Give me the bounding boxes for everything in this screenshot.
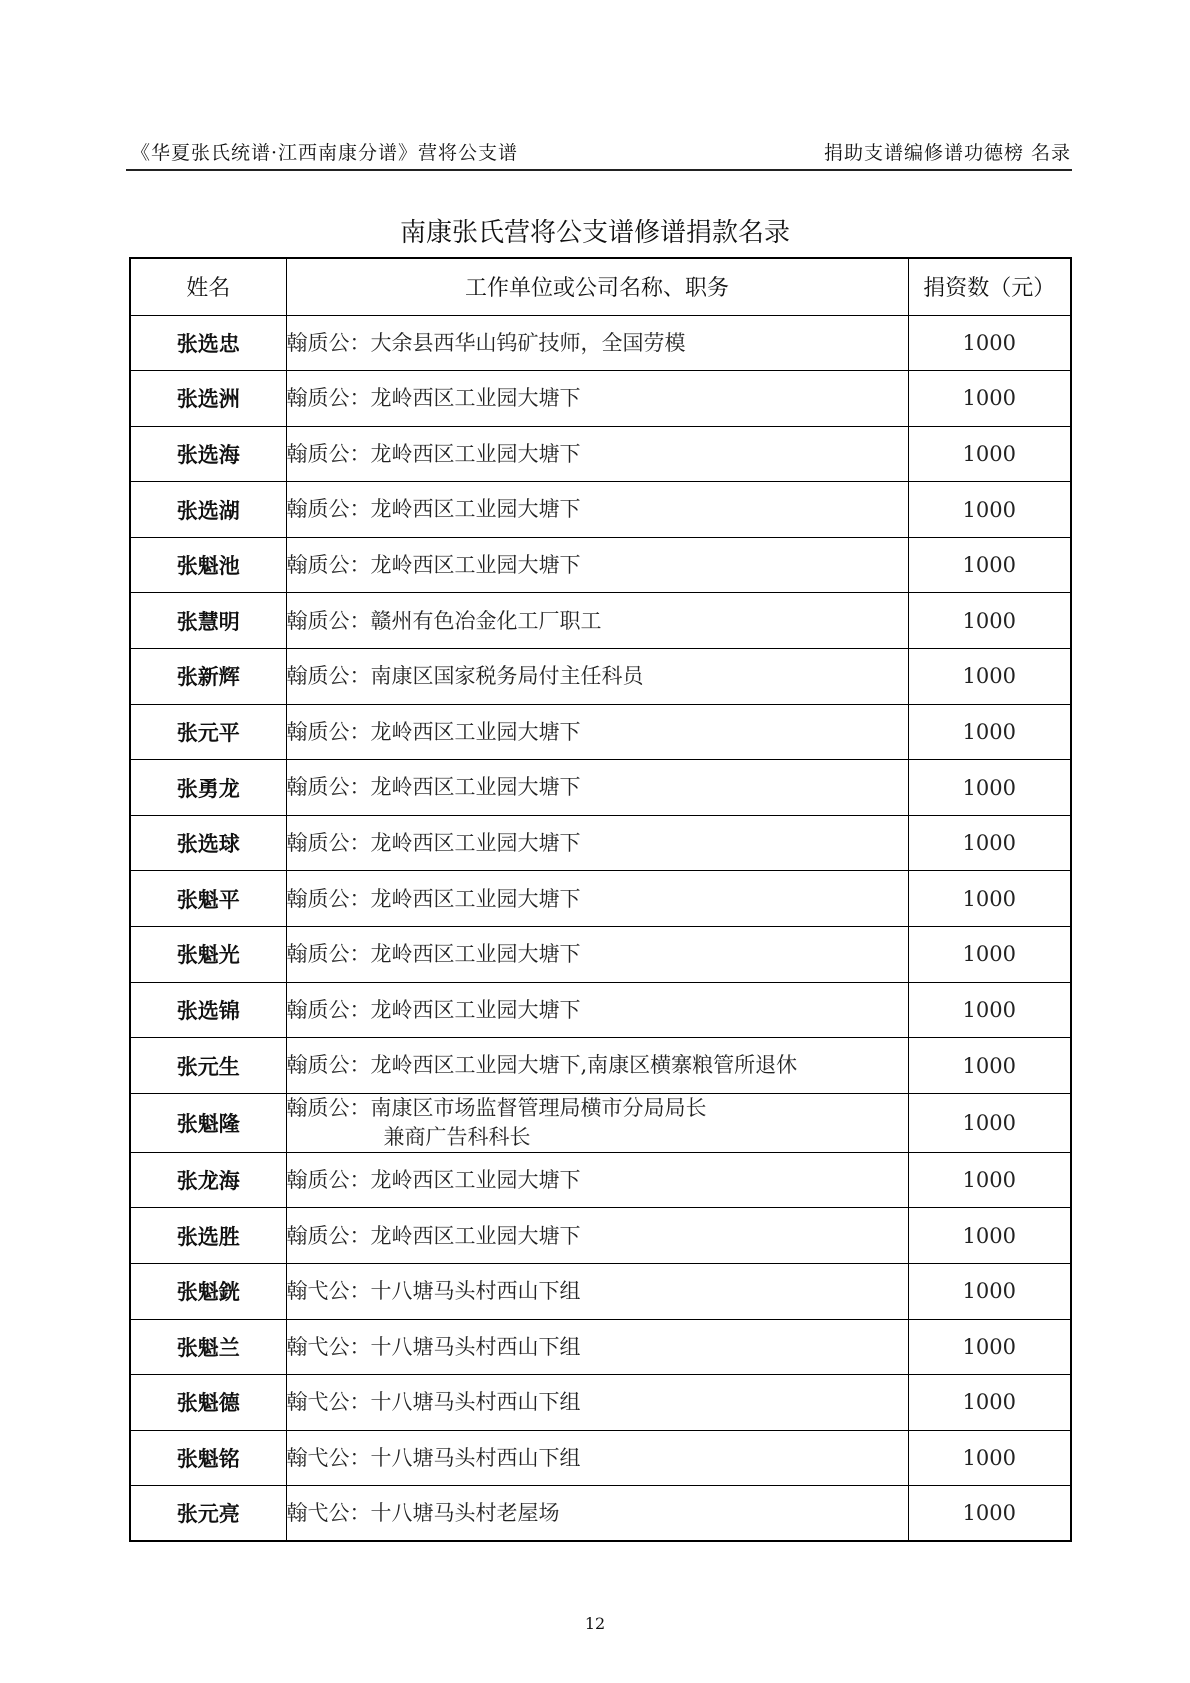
donor-name: 张元生 (130, 1038, 286, 1094)
donor-unit-line: 翰质公：龙岭西区工业园大塘下 (287, 720, 581, 744)
donor-unit-line: 翰质公：大余县西华山钨矿技师，全国劳模 (287, 331, 686, 355)
donor-unit-line: 翰弋公：十八塘马头村西山下组 (287, 1335, 581, 1359)
donor-name: 张魁池 (130, 537, 286, 593)
donation-amount: 1000 (908, 1430, 1071, 1486)
donor-unit-line: 翰弋公：十八塘马头村西山下组 (287, 1279, 581, 1303)
donor-unit-line: 翰质公：龙岭西区工业园大塘下 (287, 1168, 581, 1192)
table-row: 张魁光翰质公：龙岭西区工业园大塘下1000 (130, 927, 1071, 983)
donor-name: 张魁德 (130, 1375, 286, 1431)
donor-unit: 翰弋公：十八塘马头村西山下组 (286, 1375, 908, 1431)
column-header-unit: 工作单位或公司名称、职务 (286, 258, 908, 315)
donation-amount: 1000 (908, 1319, 1071, 1375)
document-title: 南康张氏营将公支谱修谱捐款名录 (0, 212, 1190, 249)
donor-name: 张魁銧 (130, 1264, 286, 1320)
table-row: 张慧明翰质公：赣州有色冶金化工厂职工1000 (130, 593, 1071, 649)
donor-unit-line: 翰质公：龙岭西区工业园大塘下 (287, 1224, 581, 1248)
donor-unit: 翰质公：龙岭西区工业园大塘下 (286, 1208, 908, 1264)
donor-unit-line: 翰弋公：十八塘马头村西山下组 (287, 1390, 581, 1414)
running-header-left: 《华夏张氏统谱·江西南康分谱》营将公支谱 (131, 138, 518, 165)
donor-unit: 翰质公：南康区国家税务局付主任科员 (286, 649, 908, 705)
donor-name: 张魁隆 (130, 1093, 286, 1152)
donation-amount: 1000 (908, 1375, 1071, 1431)
donor-name: 张魁铭 (130, 1430, 286, 1486)
table-row: 张魁兰翰弋公：十八塘马头村西山下组1000 (130, 1319, 1071, 1375)
donor-unit-line: 翰质公：南康区市场监督管理局横市分局局长 (287, 1096, 707, 1120)
donor-unit-line: 翰质公：龙岭西区工业园大塘下 (287, 998, 581, 1022)
table-row: 张魁銧翰弋公：十八塘马头村西山下组1000 (130, 1264, 1071, 1320)
donor-name: 张选胜 (130, 1208, 286, 1264)
table-row: 张元生翰质公：龙岭西区工业园大塘下,南康区横寨粮管所退休1000 (130, 1038, 1071, 1094)
page-number: 12 (0, 1614, 1190, 1633)
donation-amount: 1000 (908, 593, 1071, 649)
donor-name: 张元亮 (130, 1486, 286, 1542)
donation-amount: 1000 (908, 1264, 1071, 1320)
donor-name: 张魁兰 (130, 1319, 286, 1375)
donation-amount: 1000 (908, 927, 1071, 983)
column-header-name: 姓名 (130, 258, 286, 315)
table-row: 张龙海翰质公：龙岭西区工业园大塘下1000 (130, 1152, 1071, 1208)
donor-unit-line: 翰质公：龙岭西区工业园大塘下 (287, 887, 581, 911)
donor-unit-line: 翰质公：龙岭西区工业园大塘下 (287, 553, 581, 577)
donation-amount: 1000 (908, 704, 1071, 760)
donor-unit: 翰质公：龙岭西区工业园大塘下 (286, 982, 908, 1038)
donor-name: 张魁光 (130, 927, 286, 983)
donor-name: 张龙海 (130, 1152, 286, 1208)
donor-unit: 翰质公：龙岭西区工业园大塘下 (286, 871, 908, 927)
donor-unit: 翰弋公：十八塘马头村西山下组 (286, 1264, 908, 1320)
donor-unit: 翰质公：赣州有色冶金化工厂职工 (286, 593, 908, 649)
donor-unit: 翰质公：龙岭西区工业园大塘下 (286, 537, 908, 593)
table-row: 张魁池翰质公：龙岭西区工业园大塘下1000 (130, 537, 1071, 593)
donor-unit-line: 翰质公：龙岭西区工业园大塘下 (287, 497, 581, 521)
donor-unit-line: 翰质公：龙岭西区工业园大塘下 (287, 386, 581, 410)
table-row: 张魁隆翰质公：南康区市场监督管理局横市分局局长兼商广告科科长1000 (130, 1093, 1071, 1152)
donor-unit: 翰质公：龙岭西区工业园大塘下 (286, 704, 908, 760)
donor-unit-line: 翰质公：南康区国家税务局付主任科员 (287, 664, 644, 688)
donation-amount: 1000 (908, 482, 1071, 538)
table-row: 张新辉翰质公：南康区国家税务局付主任科员1000 (130, 649, 1071, 705)
table-row: 张元亮翰弋公：十八塘马头村老屋场1000 (130, 1486, 1071, 1542)
donation-amount: 1000 (908, 426, 1071, 482)
header-divider (126, 169, 1072, 171)
table-row: 张选洲翰质公：龙岭西区工业园大塘下1000 (130, 371, 1071, 427)
donor-name: 张选湖 (130, 482, 286, 538)
donor-unit: 翰质公：龙岭西区工业园大塘下 (286, 760, 908, 816)
donor-unit-line: 翰弋公：十八塘马头村西山下组 (287, 1446, 581, 1470)
donor-unit-line: 翰质公：龙岭西区工业园大塘下 (287, 831, 581, 855)
donor-name: 张选球 (130, 815, 286, 871)
donation-amount: 1000 (908, 1486, 1071, 1542)
donor-name: 张元平 (130, 704, 286, 760)
table-header-row: 姓名 工作单位或公司名称、职务 捐资数（元） (130, 258, 1071, 315)
table-row: 张元平翰质公：龙岭西区工业园大塘下1000 (130, 704, 1071, 760)
table-row: 张选海翰质公：龙岭西区工业园大塘下1000 (130, 426, 1071, 482)
donation-amount: 1000 (908, 649, 1071, 705)
donor-unit: 翰质公：龙岭西区工业园大塘下 (286, 927, 908, 983)
donor-unit: 翰质公：龙岭西区工业园大塘下 (286, 482, 908, 538)
donor-name: 张新辉 (130, 649, 286, 705)
donor-name: 张选锦 (130, 982, 286, 1038)
table-row: 张选锦翰质公：龙岭西区工业园大塘下1000 (130, 982, 1071, 1038)
column-header-amount: 捐资数（元） (908, 258, 1071, 315)
table-row: 张选胜翰质公：龙岭西区工业园大塘下1000 (130, 1208, 1071, 1264)
table-row: 张选球翰质公：龙岭西区工业园大塘下1000 (130, 815, 1071, 871)
donor-name: 张选忠 (130, 315, 286, 371)
donor-unit-line: 翰质公：龙岭西区工业园大塘下 (287, 942, 581, 966)
donation-amount: 1000 (908, 1093, 1071, 1152)
donor-table: 姓名 工作单位或公司名称、职务 捐资数（元） 张选忠翰质公：大余县西华山钨矿技师… (129, 257, 1072, 1542)
donor-unit: 翰质公：龙岭西区工业园大塘下 (286, 371, 908, 427)
donation-amount: 1000 (908, 1208, 1071, 1264)
donation-amount: 1000 (908, 537, 1071, 593)
table-row: 张魁平翰质公：龙岭西区工业园大塘下1000 (130, 871, 1071, 927)
donation-amount: 1000 (908, 315, 1071, 371)
donor-name: 张选海 (130, 426, 286, 482)
table-row: 张选忠翰质公：大余县西华山钨矿技师，全国劳模1000 (130, 315, 1071, 371)
donor-unit: 翰弋公：十八塘马头村西山下组 (286, 1430, 908, 1486)
donor-unit-line: 翰质公：龙岭西区工业园大塘下 (287, 442, 581, 466)
donor-unit: 翰质公：南康区市场监督管理局横市分局局长兼商广告科科长 (286, 1093, 908, 1152)
donor-unit: 翰弋公：十八塘马头村西山下组 (286, 1319, 908, 1375)
donor-name: 张勇龙 (130, 760, 286, 816)
donation-amount: 1000 (908, 760, 1071, 816)
donor-name: 张慧明 (130, 593, 286, 649)
donor-unit: 翰质公：龙岭西区工业园大塘下,南康区横寨粮管所退休 (286, 1038, 908, 1094)
donation-amount: 1000 (908, 982, 1071, 1038)
table-row: 张勇龙翰质公：龙岭西区工业园大塘下1000 (130, 760, 1071, 816)
donation-amount: 1000 (908, 1038, 1071, 1094)
donor-unit-line-2: 兼商广告科科长 (287, 1123, 908, 1151)
donation-amount: 1000 (908, 815, 1071, 871)
donor-unit: 翰质公：龙岭西区工业园大塘下 (286, 426, 908, 482)
donor-unit: 翰弋公：十八塘马头村老屋场 (286, 1486, 908, 1542)
donor-unit: 翰质公：大余县西华山钨矿技师，全国劳模 (286, 315, 908, 371)
donor-name: 张选洲 (130, 371, 286, 427)
donation-amount: 1000 (908, 1152, 1071, 1208)
table-row: 张魁德翰弋公：十八塘马头村西山下组1000 (130, 1375, 1071, 1431)
donor-unit-line: 翰质公：赣州有色冶金化工厂职工 (287, 609, 602, 633)
donor-unit: 翰质公：龙岭西区工业园大塘下 (286, 1152, 908, 1208)
donor-unit-line: 翰弋公：十八塘马头村老屋场 (287, 1501, 560, 1525)
table-row: 张魁铭翰弋公：十八塘马头村西山下组1000 (130, 1430, 1071, 1486)
table-row: 张选湖翰质公：龙岭西区工业园大塘下1000 (130, 482, 1071, 538)
donor-name: 张魁平 (130, 871, 286, 927)
donation-amount: 1000 (908, 871, 1071, 927)
running-header-right: 捐助支谱编修谱功德榜 名录 (824, 138, 1071, 165)
donor-unit: 翰质公：龙岭西区工业园大塘下 (286, 815, 908, 871)
donor-unit-line: 翰质公：龙岭西区工业园大塘下,南康区横寨粮管所退休 (287, 1053, 798, 1077)
donation-amount: 1000 (908, 371, 1071, 427)
donor-unit-line: 翰质公：龙岭西区工业园大塘下 (287, 775, 581, 799)
